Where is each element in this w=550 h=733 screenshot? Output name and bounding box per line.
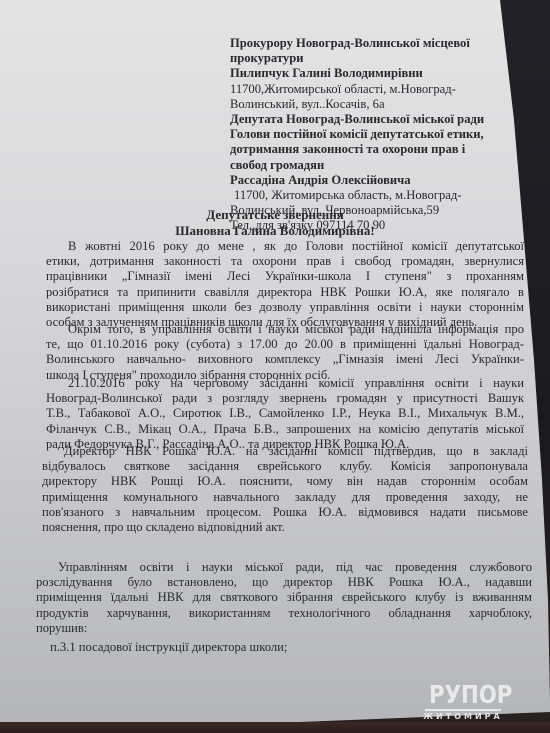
addressee-address-1: 11700,Житомирської області, м.Новоград- (230, 82, 500, 97)
watermark-subtitle: ЖИТОМИРА (423, 712, 503, 722)
addressee-name: Пилипчук Галині Володимирівни (230, 66, 500, 81)
paragraph-6: п.3.1 посадової інструкції директора шко… (50, 640, 528, 655)
text-line: пов'язаного з навчальним процесом. Рошка… (42, 505, 528, 520)
text-line: етики, дотримання законності та охорони … (46, 254, 524, 269)
sender-title-4: свобод громадян (230, 158, 500, 173)
sender-address-1: 11700, Житомирська область, м.Новоград- (230, 188, 500, 203)
watermark-title: РУПОР (429, 682, 497, 708)
text-line: Філанчук С.В., Мікац О.А., Прача Б.В., з… (46, 422, 524, 437)
text-line: відбувалось святкове засідання єврейсько… (42, 459, 528, 474)
paragraph-4: Директор НВК Рошка Ю.А. на засіданні ком… (42, 444, 528, 535)
greeting: Шановна Галина Володимирівна! (0, 223, 550, 238)
sender-title-1: Депутата Новоград-Волинської міської рад… (230, 112, 500, 127)
text-line: те, що 01.10.2016 року (субота) з 17.00 … (46, 337, 524, 352)
text-line: порушив: (36, 621, 532, 636)
text-line: працівники „Гімназії імені Лесі Українки… (46, 269, 524, 284)
text-line: Управлінням освіти і науки міської ради,… (36, 560, 532, 575)
text-line: Т.В., Табакової А.О., Сиротюк І.В., Само… (46, 406, 524, 421)
sender-title-3: дотримання законності та охорони прав і (230, 142, 500, 157)
text-line: Директор НВК Рошка Ю.А. на засіданні ком… (42, 444, 528, 459)
text-line: приміщення комунального навчального закл… (42, 490, 528, 505)
sender-name: Рассадіна Андрія Олексійовича (230, 173, 500, 188)
addressee-title: Прокурору Новоград-Волинської місцевої (230, 36, 500, 51)
text-line: розібратися та припинити свавілля директ… (46, 285, 524, 300)
text-line: приміщення їдальні НВК для святкового зі… (36, 590, 532, 605)
text-line: використані приміщення школи без дозволу… (46, 300, 524, 315)
paragraph-1: В жовтні 2016 року до мене , як до Голов… (46, 239, 524, 330)
text-line: продуктів харчування, використанням техн… (36, 606, 532, 621)
watermark-divider (425, 709, 501, 711)
paragraph-3: 21.10.2016 року на черговому засіданні к… (46, 376, 524, 452)
text-line: 21.10.2016 року на черговому засіданні к… (46, 376, 524, 391)
sender-title-2: Голови постійної комісії депутатської ет… (230, 127, 500, 142)
text-line: В жовтні 2016 року до мене , як до Голов… (46, 239, 524, 254)
document-title: Депутатське звернення (0, 207, 550, 222)
text-line: Волинського навчально- виховного комплек… (46, 352, 524, 367)
addressee-block: Прокурору Новоград-Волинської місцевої п… (230, 36, 500, 234)
paragraph-5: Управлінням освіти і науки міської ради,… (36, 560, 532, 636)
watermark-logo: РУПОР ЖИТОМИРА (423, 682, 503, 726)
text-line: пояснення, про що складено відповідний а… (42, 520, 528, 535)
text-line: Окрім того, в управління освіти і науки … (46, 322, 524, 337)
text-line: директору НВК Рошці Ю.А. пояснити, чому … (42, 474, 528, 489)
text-line: п.3.1 посадової інструкції директора шко… (50, 640, 528, 655)
text-line: Новоград-Волинської ради з розгляду звер… (46, 391, 524, 406)
paragraph-2: Окрім того, в управління освіти і науки … (46, 322, 524, 383)
addressee-address-2: Волинський, вул..Косачів, 6а (230, 97, 500, 112)
text-line: розслідування було встановлено, що дирек… (36, 575, 532, 590)
addressee-title-cont: прокуратури (230, 51, 500, 66)
